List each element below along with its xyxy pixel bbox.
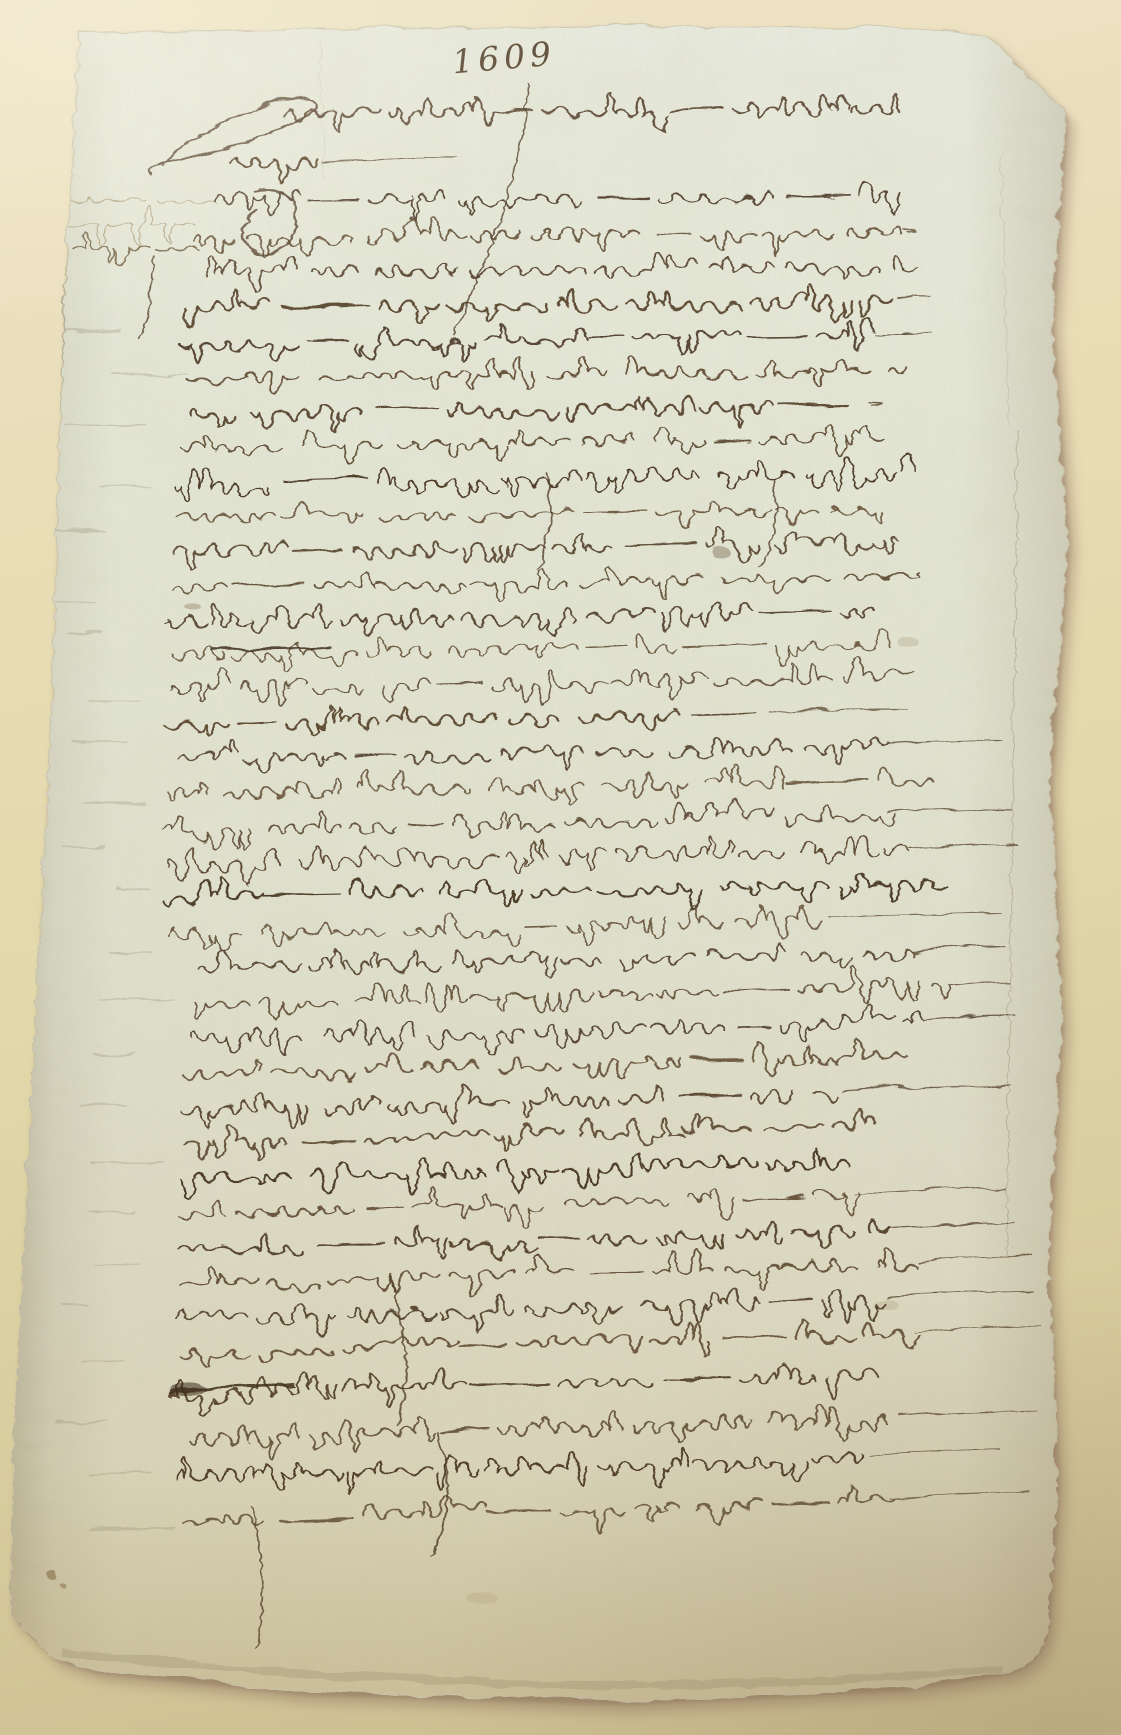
ink-stain [57,1583,63,1587]
ink-showthrough [90,1052,133,1053]
ink-stain [466,1590,494,1602]
ink-showthrough [108,373,186,374]
ink-showthrough [54,599,96,600]
ink-stain [47,1570,57,1578]
photo-background: 1609 [0,0,1121,1735]
bottom-edge-shading [8,24,1066,1700]
ink-showthrough [81,1360,121,1361]
ink-showthrough [54,1419,106,1420]
ink-stain [183,600,203,610]
ink-stain [895,636,915,644]
ink-showthrough [88,1472,149,1473]
ink-showthrough [87,1527,172,1528]
ink-stain [711,545,729,557]
manuscript-photo [0,0,1121,1735]
ink-showthrough [68,739,129,740]
